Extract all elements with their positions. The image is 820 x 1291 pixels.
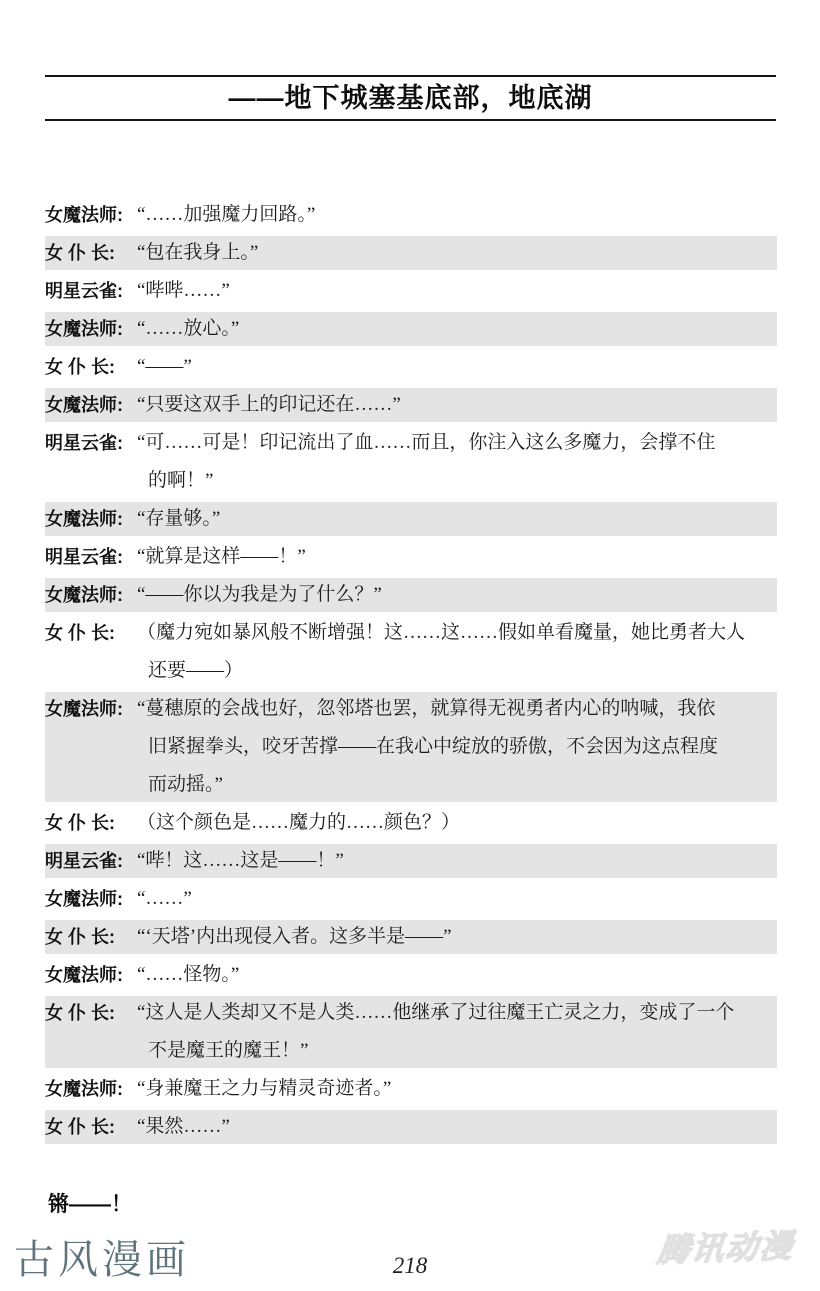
dialogue-text: “这人是人类却又不是人类……他继承了过往魔王亡灵之力，变成了一个 不是魔王的魔王…	[137, 994, 777, 1070]
speaker-name: 明星云雀:	[45, 424, 137, 500]
dialogue-row: 女魔法师: “……”	[45, 880, 777, 918]
speaker-name: 女魔法师:	[45, 576, 137, 614]
dialogue-text: “只要这双手上的印记还在……”	[137, 386, 777, 424]
dialogue-text: （魔力宛如暴风般不断增强！这……这……假如单看魔量，她比勇者大人 还要——）	[137, 614, 777, 690]
dialogue-text: “——”	[137, 348, 777, 386]
dialogue-text: “果然……”	[137, 1108, 777, 1146]
dialogue-text: “就算是这样——！”	[137, 538, 777, 576]
dialogue-text: “哔！这……这是——！”	[137, 842, 777, 880]
dialogue-text: “可……可是！印记流出了血……而且，你注入这么多魔力，会撑不住 的啊！”	[137, 424, 777, 500]
dialogue-row: 明星云雀: “哔哔……”	[45, 272, 777, 310]
dialogue-row: 明星云雀: “哔！这……这是——！”	[45, 842, 777, 880]
dialogue-row: 女 仆 长: “‘天塔’内出现侵入者。这多半是——”	[45, 918, 777, 956]
dialogue-row: 明星云雀: “可……可是！印记流出了血……而且，你注入这么多魔力，会撑不住 的啊…	[45, 424, 777, 500]
dialogue-text: （这个颜色是……魔力的……颜色？）	[137, 804, 777, 842]
speaker-name: 女 仆 长:	[45, 918, 137, 956]
chapter-header: ——地下城塞基底部，地底湖	[45, 75, 776, 121]
speaker-name: 女魔法师:	[45, 956, 137, 994]
speaker-name: 女 仆 长:	[45, 804, 137, 842]
dialogue-text: “包在我身上。”	[137, 234, 777, 272]
speaker-name: 女魔法师:	[45, 500, 137, 538]
dialogue-row: 女 仆 长: “——”	[45, 348, 777, 386]
speaker-name: 明星云雀:	[45, 842, 137, 880]
dialogue-text: “身兼魔王之力与精灵奇迹者。”	[137, 1070, 777, 1108]
dialogue-row: 女魔法师: “……加强魔力回路。”	[45, 196, 777, 234]
dialogue-row: 女魔法师: “——你以为我是为了什么？”	[45, 576, 777, 614]
speaker-name: 女魔法师:	[45, 310, 137, 348]
dialogue-row: 女魔法师: “身兼魔王之力与精灵奇迹者。”	[45, 1070, 777, 1108]
speaker-name: 女 仆 长:	[45, 614, 137, 690]
dialogue-text: “……放心。”	[137, 310, 777, 348]
speaker-name: 女魔法师:	[45, 880, 137, 918]
dialogue-row: 女魔法师: “蔓穗原的会战也好，忽邻塔也罢，就算得无视勇者内心的呐喊，我依 旧紧…	[45, 690, 777, 804]
dialogue-row: 女 仆 长: “这人是人类却又不是人类……他继承了过往魔王亡灵之力，变成了一个 …	[45, 994, 777, 1070]
dialogue-text: “——你以为我是为了什么？”	[137, 576, 777, 614]
dialogue-text: “哔哔……”	[137, 272, 777, 310]
dialogue-text: “……怪物。”	[137, 956, 777, 994]
dialogue-list: 女魔法师: “……加强魔力回路。” 女 仆 长: “包在我身上。” 明星云雀: …	[45, 196, 777, 1146]
document-page: ——地下城塞基底部，地底湖 女魔法师: “……加强魔力回路。” 女 仆 长: “…	[0, 0, 820, 1291]
dialogue-row: 明星云雀: “就算是这样——！”	[45, 538, 777, 576]
tencent-comics-watermark: 腾讯动漫	[655, 1221, 796, 1272]
dialogue-row: 女魔法师: “……放心。”	[45, 310, 777, 348]
dialogue-row: 女 仆 长: “果然……”	[45, 1108, 777, 1146]
dialogue-text: “蔓穗原的会战也好，忽邻塔也罢，就算得无视勇者内心的呐喊，我依 旧紧握拳头，咬牙…	[137, 690, 777, 804]
dialogue-text: “……加强魔力回路。”	[137, 196, 777, 234]
speaker-name: 女 仆 长:	[45, 994, 137, 1070]
dialogue-row: 女 仆 长: （魔力宛如暴风般不断增强！这……这……假如单看魔量，她比勇者大人 …	[45, 614, 777, 690]
dialogue-row: 女魔法师: “……怪物。”	[45, 956, 777, 994]
speaker-name: 女 仆 长:	[45, 348, 137, 386]
speaker-name: 女 仆 长:	[45, 234, 137, 272]
chapter-title: ——地下城塞基底部，地底湖	[45, 77, 776, 119]
dialogue-text: “……”	[137, 880, 777, 918]
dialogue-row: 女魔法师: “只要这双手上的印记还在……”	[45, 386, 777, 424]
dialogue-text: “‘天塔’内出现侵入者。这多半是——”	[137, 918, 777, 956]
speaker-name: 女魔法师:	[45, 690, 137, 804]
speaker-name: 女魔法师:	[45, 1070, 137, 1108]
dialogue-row: 女 仆 长: （这个颜色是……魔力的……颜色？）	[45, 804, 777, 842]
speaker-name: 明星云雀:	[45, 538, 137, 576]
dialogue-row: 女 仆 长: “包在我身上。”	[45, 234, 777, 272]
speaker-name: 女魔法师:	[45, 196, 137, 234]
speaker-name: 女 仆 长:	[45, 1108, 137, 1146]
speaker-name: 明星云雀:	[45, 272, 137, 310]
dialogue-text: “存量够。”	[137, 500, 777, 538]
sound-effect-text: 锵——！	[48, 1188, 820, 1218]
dialogue-row: 女魔法师: “存量够。”	[45, 500, 777, 538]
speaker-name: 女魔法师:	[45, 386, 137, 424]
